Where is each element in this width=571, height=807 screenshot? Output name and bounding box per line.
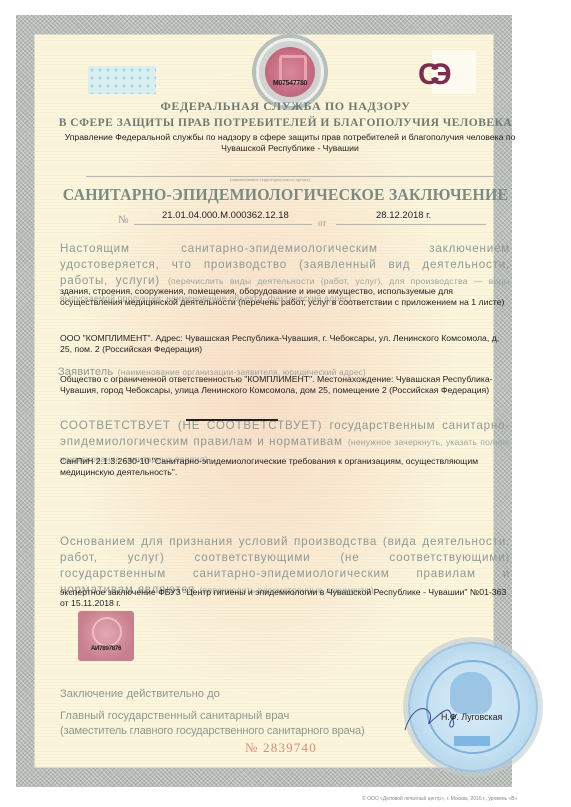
stamp-bar	[454, 736, 490, 746]
se-logo-icon: СЭ	[418, 58, 443, 92]
hologram-number: АИ7897876	[78, 645, 134, 652]
hologram-ring: M07547780	[256, 38, 324, 106]
agency-title-line2: В СФЕРЕ ЗАЩИТЫ ПРАВ ПОТРЕБИТЕЛЕЙ И БЛАГО…	[0, 117, 571, 129]
blank-serial-number: № 2839740	[245, 740, 317, 756]
applicant-details: Общество с ограниченной ответственностью…	[60, 374, 510, 396]
hologram-seal-bottom: АИ7897876	[78, 611, 134, 661]
agency-title-line1: ФЕДЕРАЛЬНАЯ СЛУЖБА ПО НАДЗОРУ	[0, 99, 571, 114]
rospotrebnadzor-emblem-icon	[279, 55, 307, 83]
certificate-date: 28.12.2018 г.	[376, 210, 431, 221]
signer-name: Н.Ф. Луговская	[441, 712, 502, 722]
number-label: №	[118, 214, 129, 226]
rospotrebnadzor-emblem-icon	[92, 617, 122, 647]
date-underline	[336, 224, 486, 225]
department-caption: (наименование территориального органа)	[230, 177, 310, 182]
hologram-number: M07547780	[265, 80, 315, 87]
security-watermark	[88, 66, 156, 94]
hologram-core: M07547780	[265, 47, 315, 97]
certificate-number: 21.01.04.000.М.000362.12.18	[162, 210, 289, 221]
department-name: Управление Федеральной службы по надзору…	[60, 132, 520, 154]
deputy-doctor-title: (заместитель главного государственного с…	[60, 725, 364, 737]
basis-documents: экспертное заключение ФБУЗ "Центр гигиен…	[60, 587, 510, 609]
activity-text: здания, строения, сооружения, помещения,…	[60, 286, 510, 308]
date-label: от	[318, 218, 326, 228]
number-underline	[134, 224, 312, 225]
chief-doctor-title: Главный государственный санитарный врач	[60, 710, 289, 722]
conformity-status: СООТВЕТСТВУЕТ	[60, 419, 171, 432]
strikethrough-line	[186, 419, 278, 421]
sanpin-reference: СанПиН 2.1.3.2630-10 "Санитарно-эпидемио…	[60, 456, 510, 478]
certificate-title: САНИТАРНО-ЭПИДЕМИОЛОГИЧЕСКОЕ ЗАКЛЮЧЕНИЕ	[20, 185, 551, 205]
valid-until-label: Заключение действительно до	[60, 688, 220, 700]
object-address: ООО "КОМПЛИМЕНТ". Адрес: Чувашская Респу…	[60, 333, 510, 355]
printer-imprint: © ООО «Деловой печатный центр», г. Москв…	[362, 796, 517, 802]
hologram-seal-top: M07547780	[244, 38, 334, 98]
